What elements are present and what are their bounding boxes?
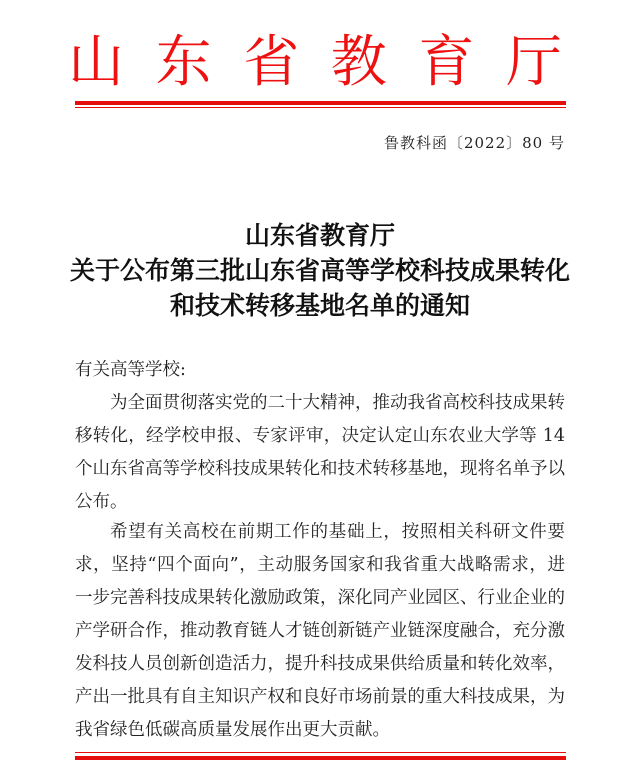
paragraph-line: 个山东省高等学校科技成果转化和技术转移基地，现将名单予以	[75, 455, 565, 488]
header-rule-thin	[75, 107, 566, 108]
salutation: 有关高等学校:	[75, 356, 565, 389]
masthead-char: 育	[418, 30, 474, 96]
document-title: 山东省教育厅 关于公布第三批山东省高等学校科技成果转化 和技术转移基地名单的通知	[60, 218, 580, 323]
masthead-char: 厅	[506, 30, 562, 96]
paragraph-line: 求，坚持“四个面向”，主动服务国家和我省重大战略需求，进	[75, 551, 565, 584]
masthead-issuer: 山 东 省 教 育 厅	[68, 30, 562, 96]
document-number: 鲁教科函〔2022〕80 号	[384, 132, 565, 153]
paragraph-line: 发科技人员创新创造活力，提升科技成果供给质量和转化效率，	[75, 650, 565, 683]
title-line-subject-cont: 和技术转移基地名单的通知	[60, 288, 580, 323]
document-body: 有关高等学校: 为全面贯彻落实党的二十大精神，推动我省高校科技成果转 移转化，经…	[75, 356, 565, 749]
paragraph-1: 为全面贯彻落实党的二十大精神，推动我省高校科技成果转 移转化，经学校申报、专家评…	[75, 389, 565, 518]
paragraph-line: 希望有关高校在前期工作的基础上，按照相关科研文件要	[75, 518, 565, 551]
paragraph-line: 产出一批具有自主知识产权和良好市场前景的重大科技成果，为	[75, 683, 565, 716]
paragraph-line: 移转化，经学校申报、专家评审，决定认定山东农业大学等 14	[75, 422, 565, 455]
title-line-issuer: 山东省教育厅	[60, 218, 580, 253]
footer-rule-thick	[75, 756, 566, 760]
paragraph-line: 产学研合作，推动教育链人才链创新链产业链深度融合，充分激	[75, 617, 565, 650]
paragraph-line: 公布。	[75, 488, 565, 518]
paragraph-2: 希望有关高校在前期工作的基础上，按照相关科研文件要 求，坚持“四个面向”，主动服…	[75, 518, 565, 749]
paragraph-line: 为全面贯彻落实党的二十大精神，推动我省高校科技成果转	[75, 389, 565, 422]
paragraph-line: 我省绿色低碳高质量发展作出更大贡献。	[75, 716, 565, 749]
footer-rule-thin	[75, 752, 566, 753]
masthead-char: 省	[243, 30, 299, 96]
masthead-char: 东	[156, 30, 212, 96]
masthead-char: 山	[68, 30, 124, 96]
paragraph-line: 一步完善科技成果转化激励政策，深化同产业园区、行业企业的	[75, 584, 565, 617]
title-line-subject: 关于公布第三批山东省高等学校科技成果转化	[60, 253, 580, 288]
header-rule-thick	[75, 101, 566, 105]
masthead-char: 教	[331, 30, 387, 96]
